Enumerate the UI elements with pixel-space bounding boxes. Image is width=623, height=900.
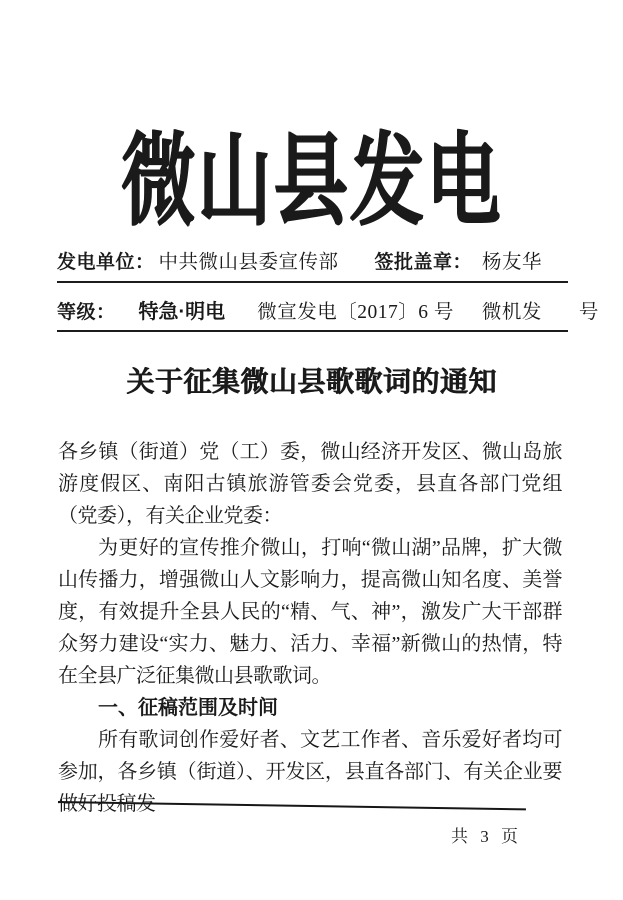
header-row-level: 等级： 特急·明电 微宣发电〔2017〕6 号 微机发 号 <box>57 283 568 332</box>
document-subject-title: 关于征集微山县歌歌词的通知 <box>0 366 623 400</box>
page-count: 共 3 页 <box>451 822 522 847</box>
header-row-sending-unit: 发电单位： 中共微山县委宣传部 签批盖章： 杨友华 <box>57 244 568 283</box>
signature-stamp-label: 签批盖章： <box>374 247 472 274</box>
signature-stamp-value: 杨友华 <box>482 246 542 274</box>
urgency-level-label: 等级： <box>57 297 116 324</box>
machine-serial-suffix: 号 <box>579 296 599 324</box>
header-fields-block: 发电单位： 中共微山县委宣传部 签批盖章： 杨友华 等级： 特急·明电 微宣发电… <box>57 244 568 332</box>
document-body: 各乡镇（街道）党（工）委，微山经济开发区、微山岛旅游度假区、南阳古镇旅游管委会党… <box>58 436 562 820</box>
urgency-level-value: 特急·明电 <box>139 295 226 324</box>
telegram-document-page: 微山县发电 发电单位： 中共微山县委宣传部 签批盖章： 杨友华 等级： 特急·明… <box>0 0 623 900</box>
sending-unit-label: 发电单位： <box>57 247 155 274</box>
paragraph-recipients: 各乡镇（街道）党（工）委，微山经济开发区、微山岛旅游度假区、南阳古镇旅游管委会党… <box>58 436 562 532</box>
machine-serial-prefix: 微机发 <box>482 296 542 324</box>
document-number: 微宣发电〔2017〕6 号 <box>257 296 454 324</box>
section-heading-scope-and-time: 一、征稿范围及时间 <box>58 692 562 724</box>
masthead-title: 微山县发电 <box>81 130 542 234</box>
paragraph-purpose: 为更好的宣传推介微山，打响“微山湖”品牌，扩大微山传播力，增强微山人文影响力，提… <box>58 532 562 692</box>
sending-unit-value: 中共微山县委宣传部 <box>159 246 339 274</box>
